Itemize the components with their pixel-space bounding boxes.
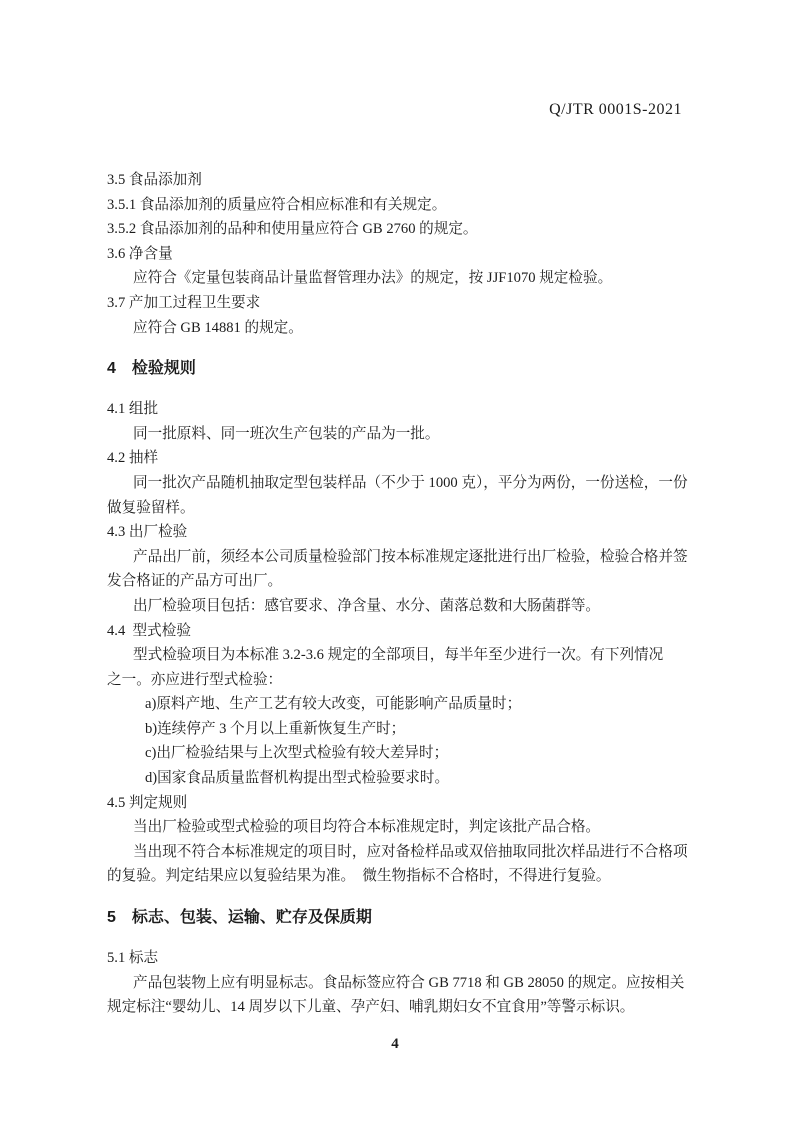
document-number-header: Q/JTR 0001S-2021 <box>549 101 682 119</box>
doc-line: 之一。亦应进行型式检验： <box>107 668 717 693</box>
doc-line: 做复验留样。 <box>107 496 717 521</box>
doc-line: a)原料产地、生产工艺有较大改变，可能影响产品质量时； <box>107 692 717 717</box>
doc-line: 型式检验项目为本标准 3.2-3.6 规定的全部项目，每半年至少进行一次。有下列… <box>107 643 717 668</box>
doc-line: 产品出厂前，须经本公司质量检验部门按本标准规定逐批进行出厂检验，检验合格并签 <box>107 545 717 570</box>
section-heading: 4 检验规则 <box>107 356 717 381</box>
doc-line: 3.5 食品添加剂 <box>107 168 717 193</box>
doc-line: 4.2 抽样 <box>107 446 717 471</box>
page-number: 4 <box>107 1036 683 1053</box>
doc-line: 3.5.1 食品添加剂的质量应符合相应标准和有关规定。 <box>107 193 717 218</box>
doc-line: 规定标注“婴幼儿、14 周岁以下儿童、孕产妇、哺乳期妇女不宜食用”等警示标识。 <box>107 995 717 1020</box>
document-body: 3.5 食品添加剂3.5.1 食品添加剂的质量应符合相应标准和有关规定。3.5.… <box>107 168 717 1020</box>
doc-line: 3.5.2 食品添加剂的品种和使用量应符合 GB 2760 的规定。 <box>107 217 717 242</box>
doc-line: c)出厂检验结果与上次型式检验有较大差异时； <box>107 741 717 766</box>
doc-line: 当出现不符合本标准规定的项目时，应对备检样品或双倍抽取同批次样品进行不合格项 <box>107 840 717 865</box>
document-page: Q/JTR 0001S-2021 3.5 食品添加剂3.5.1 食品添加剂的质量… <box>0 0 793 1122</box>
section-heading: 5 标志、包装、运输、贮存及保质期 <box>107 905 717 930</box>
doc-line: 4.1 组批 <box>107 397 717 422</box>
doc-line: 4.4 型式检验 <box>107 619 717 644</box>
doc-line: 4.3 出厂检验 <box>107 520 717 545</box>
doc-line: 4.5 判定规则 <box>107 791 717 816</box>
doc-line: b)连续停产 3 个月以上重新恢复生产时； <box>107 717 717 742</box>
doc-line: 的复验。判定结果应以复验结果为准。 微生物指标不合格时，不得进行复验。 <box>107 864 717 889</box>
doc-line: 出厂检验项目包括：感官要求、净含量、水分、菌落总数和大肠菌群等。 <box>107 594 717 619</box>
doc-line: 应符合《定量包装商品计量监督管理办法》的规定，按 JJF1070 规定检验。 <box>107 266 717 291</box>
doc-line: 5.1 标志 <box>107 946 717 971</box>
doc-line: 当出厂检验或型式检验的项目均符合本标准规定时，判定该批产品合格。 <box>107 815 717 840</box>
doc-line: 同一批原料、同一班次生产包装的产品为一批。 <box>107 422 717 447</box>
doc-line: 产品包装物上应有明显标志。食品标签应符合 GB 7718 和 GB 28050 … <box>107 971 717 996</box>
doc-line: 3.6 净含量 <box>107 242 717 267</box>
doc-line: 发合格证的产品方可出厂。 <box>107 569 717 594</box>
doc-line: 同一批次产品随机抽取定型包装样品（不少于 1000 克），平分为两份，一份送检，… <box>107 471 717 496</box>
doc-line: 应符合 GB 14881 的规定。 <box>107 316 717 341</box>
doc-line: d)国家食品质量监督机构提出型式检验要求时。 <box>107 766 717 791</box>
doc-line: 3.7 产加工过程卫生要求 <box>107 291 717 316</box>
